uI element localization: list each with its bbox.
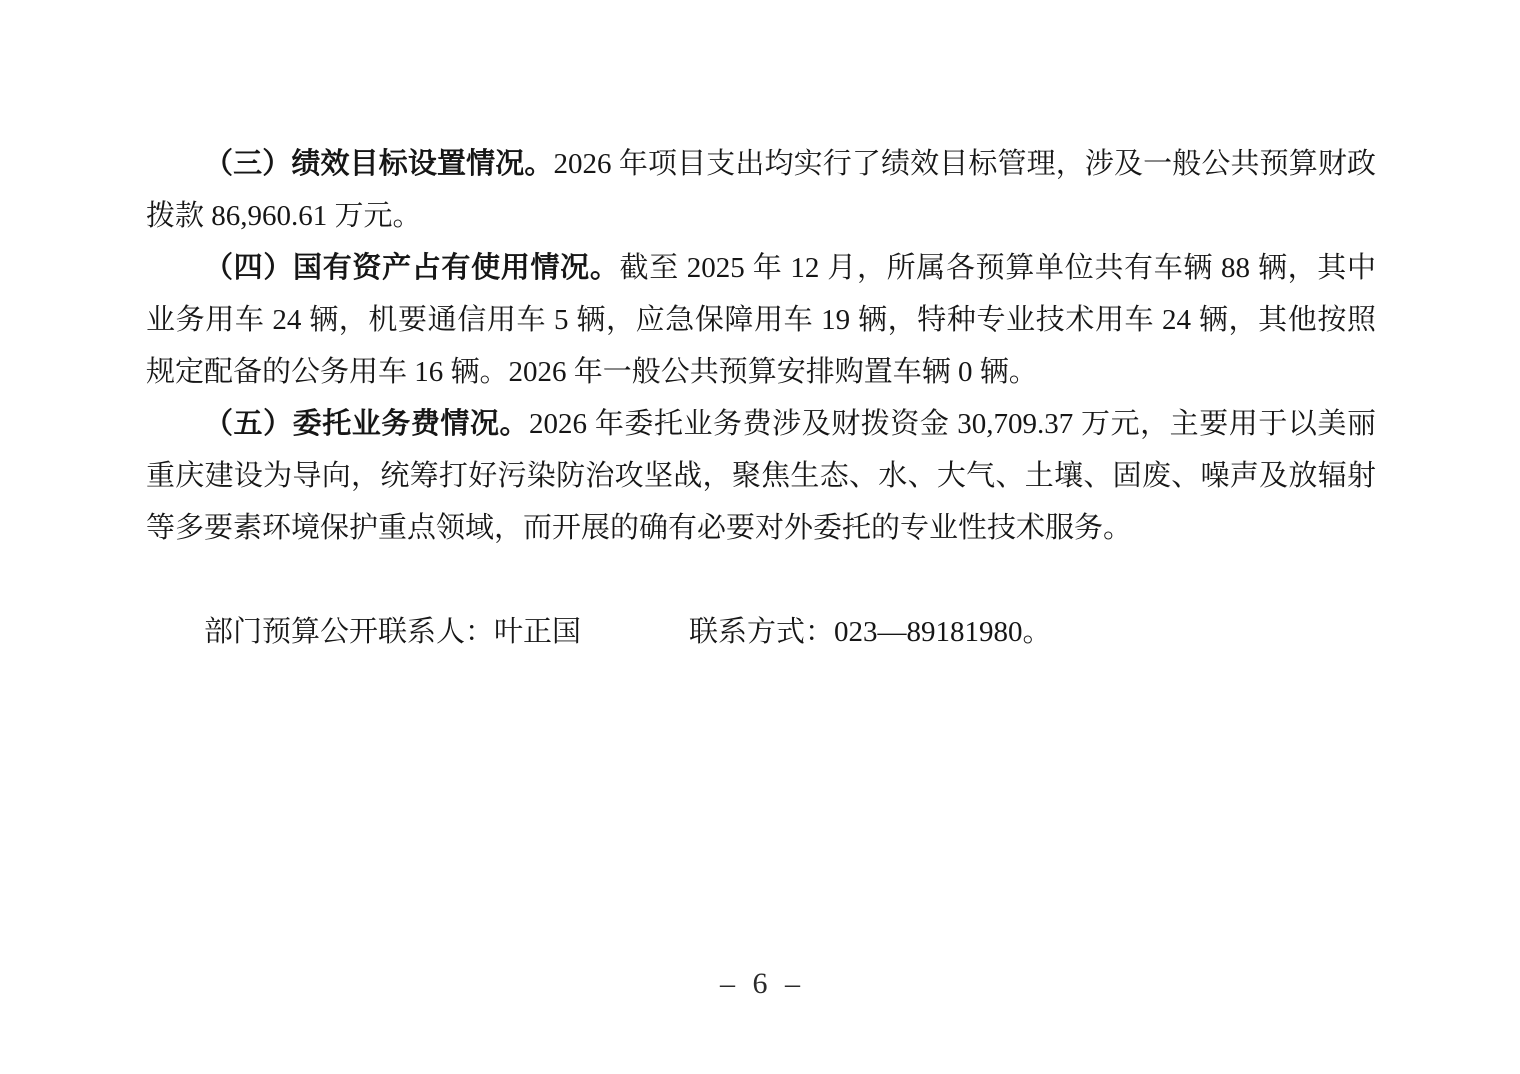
contact-method-label: 联系方式： [689,616,834,648]
contact-person-label: 部门预算公开联系人： [204,616,494,648]
page-number: – 6 – [0,962,1520,1006]
page-number-label: – 6 – [720,967,800,1000]
paragraph-heading: （五）委托业务费情况。 [204,408,529,440]
contact-person-name: 叶正国 [494,616,581,648]
document-content: （三）绩效目标设置情况。2026 年项目支出均实行了绩效目标管理，涉及一般公共预… [146,138,1376,658]
paragraph-performance-targets: （三）绩效目标设置情况。2026 年项目支出均实行了绩效目标管理，涉及一般公共预… [146,138,1376,242]
paragraph-heading: （三）绩效目标设置情况。 [204,148,554,180]
paragraph-heading: （四）国有资产占有使用情况。 [204,252,620,284]
paragraph-state-assets: （四）国有资产占有使用情况。截至 2025 年 12 月，所属各预算单位共有车辆… [146,242,1376,398]
contact-phone-number: 023—89181980。 [834,616,1052,648]
contact-line: 部门预算公开联系人：叶正国联系方式：023—89181980。 [146,606,1376,658]
document-page: （三）绩效目标设置情况。2026 年项目支出均实行了绩效目标管理，涉及一般公共预… [0,0,1520,1074]
paragraph-commissioned-services-fee: （五）委托业务费情况。2026 年委托业务费涉及财拨资金 30,709.37 万… [146,398,1376,554]
